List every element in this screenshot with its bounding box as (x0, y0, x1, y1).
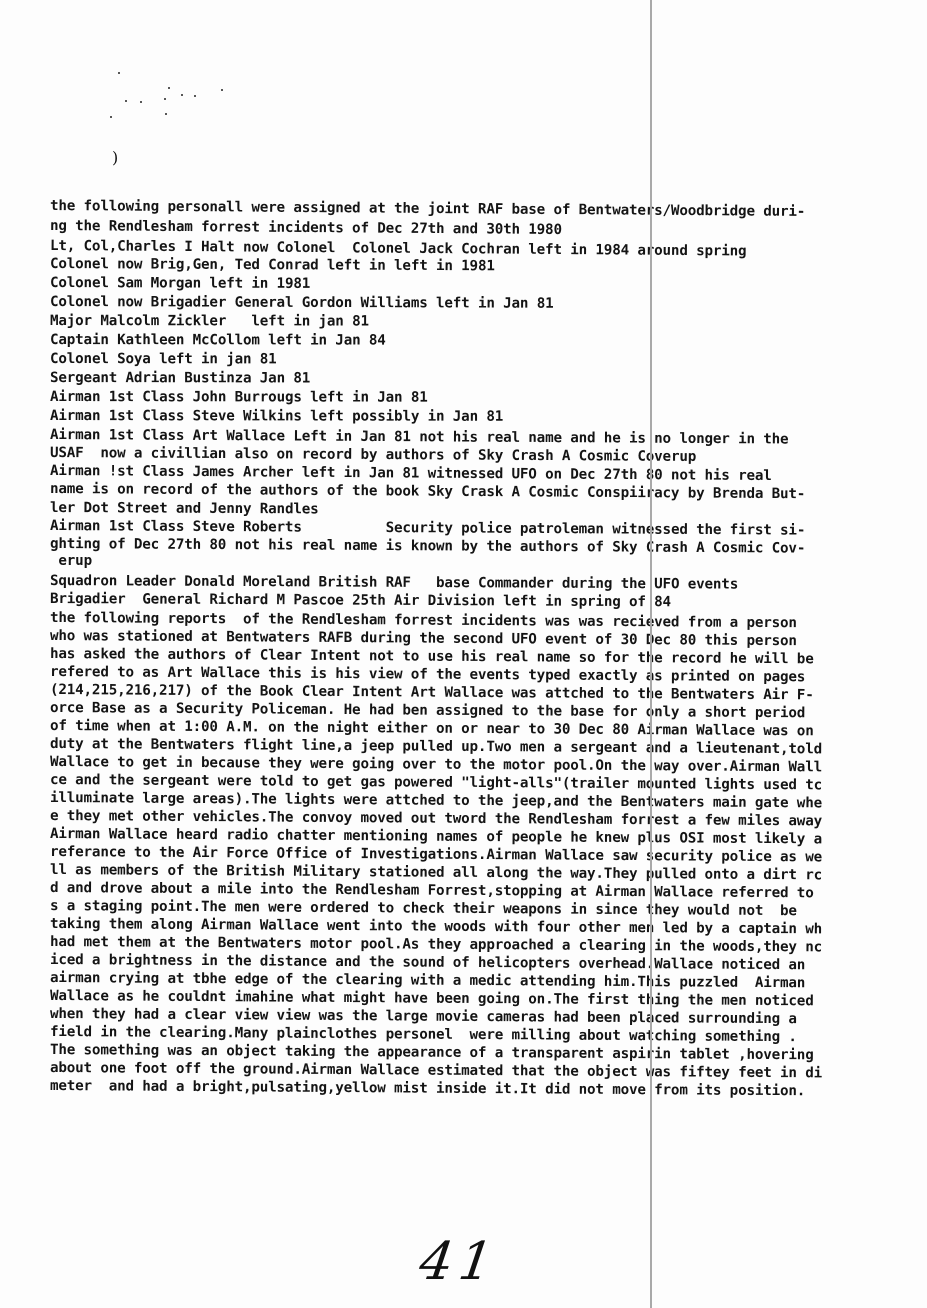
document-line: USAF now a civillian also on record by a… (50, 445, 696, 465)
speck (125, 100, 127, 102)
document-line: Airman 1st Class John Burrougs left in J… (50, 389, 428, 406)
speck (110, 116, 112, 118)
margin-mark: ) (112, 148, 118, 167)
document-line: ng the Rendlesham forrest incidents of D… (50, 218, 562, 238)
handwritten-page-number: 41 (416, 1232, 503, 1292)
document-line: erup (50, 553, 92, 569)
document-line: Brigadier General Richard M Pascoe 25th … (50, 591, 671, 610)
scan-fold-line (650, 0, 652, 1308)
document-line: Airman 1st Class Steve Roberts Security … (50, 518, 805, 539)
scanned-document-page: ) the following personall were assigned … (0, 0, 927, 1308)
document-line: Squadron Leader Donald Moreland British … (50, 573, 738, 593)
document-line: Colonel Sam Morgan left in 1981 (50, 275, 310, 292)
speck (194, 95, 196, 97)
speck (165, 113, 167, 115)
speck (118, 72, 120, 74)
document-line: Airman 1st Class Steve Wilkins left poss… (50, 408, 503, 425)
document-line: ghting of Dec 27th 80 not his real name … (50, 536, 805, 557)
document-line: the following personall were assigned at… (50, 198, 805, 220)
document-line: Colonel now Brigadier General Gordon Wil… (50, 294, 554, 312)
document-line: Sergeant Adrian Bustinza Jan 81 (50, 370, 310, 386)
document-line: meter and had a bright,pulsating,yellow … (50, 1078, 805, 1099)
speck (164, 98, 166, 100)
document-line: ler Dot Street and Jenny Randles (50, 500, 319, 517)
document-line: Major Malcolm Zickler left in jan 81 (50, 313, 369, 330)
speck (140, 101, 142, 103)
document-line: Airman 1st Class Art Wallace Left in Jan… (50, 427, 789, 448)
speck (181, 94, 183, 96)
document-line: Colonel now Brig,Gen, Ted Conrad left in… (50, 256, 495, 274)
speck (168, 87, 170, 89)
speck (221, 89, 223, 91)
document-line: Colonel Soya left in jan 81 (50, 351, 277, 367)
document-line: Captain Kathleen McCollom left in Jan 84 (50, 332, 386, 349)
document-line: name is on record of the authors of the … (50, 481, 805, 502)
